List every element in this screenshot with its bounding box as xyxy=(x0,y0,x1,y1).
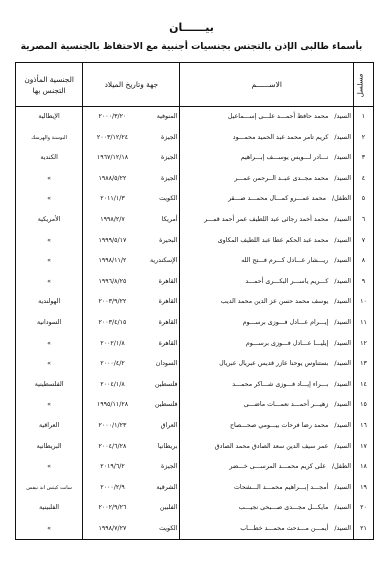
row-name: السيد/أمجـــد إبـــراهيم محمـــد الـــشح… xyxy=(180,478,353,499)
table-row: ٣السيد/نـــادر لـــويس يوســـف إبـــراهي… xyxy=(16,148,374,169)
row-honorific: السيد/ xyxy=(334,113,351,120)
row-serial: ١٤ xyxy=(353,375,373,396)
table-row: ١السيد/محمد حافظ أحمـــد علـــى إســـماع… xyxy=(16,107,374,128)
row-birth-date: ١٩٩٩/٥/١٧ xyxy=(87,231,137,252)
row-serial: ١٣ xyxy=(353,354,373,375)
table-row: ٢السيد/كريم تامر محمد عبد الحميد محمـــو… xyxy=(16,128,374,149)
row-serial: ١١ xyxy=(353,313,373,334)
row-honorific: السيد/ xyxy=(334,175,351,182)
row-birth-place: الجيزة xyxy=(137,148,177,169)
row-birth-date: ١٩٩٥/١١/٢٨ xyxy=(87,395,137,416)
row-birth-place: المنوفية xyxy=(137,107,177,128)
row-fullname: ريـــشار عـــادل كـــرم فـــتح الله xyxy=(241,257,328,264)
table-row: ٤السيد/محمد مجــدى عبــد الــرحمن عمـــر… xyxy=(16,169,374,190)
row-fullname: بـــراء إيـــاد فـــوزى شـــاكر محمـــد xyxy=(232,381,328,388)
row-fullname: يوسف محمد حسن عز الدين محمد الديب xyxy=(221,298,329,305)
row-fullname: أيمـــن مـــدحت محمـــد خطـــاب xyxy=(240,525,328,532)
row-nationality: » xyxy=(16,169,83,190)
row-birth-date: ١٩٦٧/١٢/١٨ xyxy=(87,148,137,169)
row-name: السيد/ريـــشار عـــادل كـــرم فـــتح الل… xyxy=(180,251,353,272)
row-birth: البحيرة١٩٩٩/٥/١٧ xyxy=(83,231,180,252)
header-nationality-line1: الجنسية المأذون xyxy=(16,74,82,85)
row-serial: ١٢ xyxy=(353,334,373,355)
row-birth-date: ٢٠٠٠/٢/٩ xyxy=(87,478,137,499)
row-fullname: أمجـــد إبـــراهيم محمـــد الـــشحات xyxy=(234,484,328,491)
row-birth-place: السودان xyxy=(137,354,177,375)
table-row: ٨السيد/ريـــشار عـــادل كـــرم فـــتح ال… xyxy=(16,251,374,272)
row-serial: ١٨ xyxy=(353,457,373,478)
document-subtitle: بأسماء طالبى الإذن بالتجنس بجنسيات أجنبي… xyxy=(0,41,383,52)
row-name: الطفل/محمد عمـــرو كمـــال محمـــد صـــق… xyxy=(180,189,353,210)
row-serial: ٢ xyxy=(353,128,373,149)
row-birth: الشرقية٢٠٠٠/٢/٩ xyxy=(83,478,180,499)
row-birth-date: ٢٠١٩/٦/٢ xyxy=(87,457,137,478)
row-nationality: الفلبينية xyxy=(16,498,83,519)
row-nationality: » xyxy=(16,334,83,355)
row-honorific: السيد/ xyxy=(334,216,351,223)
row-fullname: إيـــرام عـــادل فـــوزى برســـوم xyxy=(243,319,329,326)
row-nationality: العراقية xyxy=(16,416,83,437)
row-fullname: محمد عمـــرو كمـــال محمـــد صـــقر xyxy=(228,195,326,202)
row-name: السيد/كريم تامر محمد عبد الحميد محمـــود xyxy=(180,128,353,149)
header-nationality: الجنسية المأذون التجنس بها xyxy=(16,63,83,107)
table-row: ١٠السيد/يوسف محمد حسن عز الدين محمد الدي… xyxy=(16,292,374,313)
row-name: السيد/محمد عبد الحكم عطا عبد اللطيف المك… xyxy=(180,231,353,252)
row-honorific: السيد/ xyxy=(334,443,351,450)
row-birth-place: القاهرة xyxy=(137,292,177,313)
row-name: السيد/عمر سيف الدين سعد الصادق محمد الصا… xyxy=(180,437,353,458)
row-nationality: » xyxy=(16,519,83,540)
row-honorific: السيد/ xyxy=(334,360,351,367)
row-serial: ٢٠ xyxy=(353,498,373,519)
row-birth-place: العراق xyxy=(137,416,177,437)
row-name: السيد/زهيـــر أحمـــد نعمـــات ماضـــى xyxy=(180,395,353,416)
row-birth-date: ٢٠٠٤/٦/٢٨ xyxy=(87,437,137,458)
row-serial: ٧ xyxy=(353,231,373,252)
row-birth-place: القاهرة xyxy=(137,334,177,355)
row-birth-place: الإسكندرية xyxy=(137,251,177,272)
row-birth-date: ١٩٩٨/٧/٢٧ xyxy=(87,519,137,540)
table-row: ٢١السيد/أيمـــن مـــدحت محمـــد خطـــابا… xyxy=(16,519,374,540)
header-nationality-line2: التجنس بها xyxy=(16,85,82,96)
row-honorific: السيد/ xyxy=(334,401,351,408)
row-birth-place: الكويت xyxy=(137,189,177,210)
row-fullname: مايكـــل مجـــدى صـــبحى نجيـــب xyxy=(239,504,329,511)
row-nationality: الكندية xyxy=(16,148,83,169)
row-nationality: الهولندية xyxy=(16,292,83,313)
row-serial: ٤ xyxy=(353,169,373,190)
row-birth: القاهرة١٩٩٦/٨/٢٥ xyxy=(83,272,180,293)
row-fullname: محمد رضا فرحات بيـــومي صحـــصاح xyxy=(230,422,328,429)
row-birth-date: ١٩٩٨/١١/٢ xyxy=(87,251,137,272)
row-nationality: الأمريكية xyxy=(16,210,83,231)
row-birth-place: الجيزة xyxy=(137,457,177,478)
row-birth-date: ٢٠٠٤/١/٨ xyxy=(87,375,137,396)
row-birth-place: أمريكا xyxy=(137,210,177,231)
row-birth: فلسطين١٩٩٥/١١/٢٨ xyxy=(83,395,180,416)
row-name: السيد/محمد رضا فرحات بيـــومي صحـــصاح xyxy=(180,416,353,437)
row-serial: ١٥ xyxy=(353,395,373,416)
row-fullname: بستناوس يوحنا عازر قديس عبريال عبريال xyxy=(219,360,328,367)
row-birth-date: ٢٠٠٢/٩/٢٦ xyxy=(87,498,137,519)
table-row: ٩السيد/كـــريم ياســـر البكـــرى أحمـــد… xyxy=(16,272,374,293)
table-row: ١٦السيد/محمد رضا فرحات بيـــومي صحـــصاح… xyxy=(16,416,374,437)
table-row: ٦السيد/محمد أحمد رجائى عبد اللطيف عمر أح… xyxy=(16,210,374,231)
row-birth-date: ٢٠٠٣/٤/١٥ xyxy=(87,313,137,334)
row-fullname: على كريم محمـــد المرســـى خـــضر xyxy=(229,463,326,470)
row-birth-place: فلسطين xyxy=(137,395,177,416)
row-name: السيد/إيليـــا عـــادل فـــوزى برســـوم xyxy=(180,334,353,355)
row-birth: الكويت١٩٩٨/٧/٢٧ xyxy=(83,519,180,540)
row-nationality: سانت كيتس اند نيفس xyxy=(16,478,83,499)
row-name: السيد/محمد مجــدى عبــد الــرحمن عمـــر xyxy=(180,169,353,190)
row-nationality: البريطانية xyxy=(16,437,83,458)
row-honorific: السيد/ xyxy=(334,298,351,305)
row-serial: ٩ xyxy=(353,272,373,293)
row-nationality: الفلسطينية xyxy=(16,375,83,396)
row-honorific: الطفل/ xyxy=(332,195,351,202)
row-birth-date: ٢٠٠٠/٣/٢٠ xyxy=(87,107,137,128)
row-name: السيد/أيمـــن مـــدحت محمـــد خطـــاب xyxy=(180,519,353,540)
row-serial: ١٦ xyxy=(353,416,373,437)
row-birth: القاهرة٢٠٠٢/١/٨ xyxy=(83,334,180,355)
table-row: ١٩السيد/أمجـــد إبـــراهيم محمـــد الـــ… xyxy=(16,478,374,499)
row-birth-date: ١٩٩٨/٢/٧ xyxy=(87,210,137,231)
row-serial: ١٧ xyxy=(353,437,373,458)
row-birth: أمريكا١٩٩٨/٢/٧ xyxy=(83,210,180,231)
row-birth: فلسطين٢٠٠٤/١/٨ xyxy=(83,375,180,396)
row-birth-place: الكويت xyxy=(137,519,177,540)
row-fullname: كـــريم ياســـر البكـــرى أحمـــد xyxy=(245,278,328,285)
header-birth: جهة وتاريخ الميلاد xyxy=(83,63,180,107)
row-birth: بريطانيا٢٠٠٤/٦/٢٨ xyxy=(83,437,180,458)
row-nationality: » xyxy=(16,457,83,478)
table-row: ١٥السيد/زهيـــر أحمـــد نعمـــات ماضـــى… xyxy=(16,395,374,416)
row-birth-date: ٢٠٠٣/١٢/٢٤ xyxy=(87,128,137,149)
table-row: ١٨الطفل/على كريم محمـــد المرســـى خـــض… xyxy=(16,457,374,478)
table-row: ١٣السيد/بستناوس يوحنا عازر قديس عبريال ع… xyxy=(16,354,374,375)
row-birth-date: ٢٠٠٢/١/٨ xyxy=(87,334,137,355)
row-birth: السودان٢٠٠٠/٤/٢ xyxy=(83,354,180,375)
row-birth-place: القاهرة xyxy=(137,313,177,334)
table-row: ١١السيد/إيـــرام عـــادل فـــوزى برســـو… xyxy=(16,313,374,334)
row-serial: ٨ xyxy=(353,251,373,272)
row-birth-date: ٢٠٠٠/٤/٢ xyxy=(87,354,137,375)
document-title: بيــــــان xyxy=(0,21,383,34)
row-birth-date: ٢٠٠٣/٩/٢٢ xyxy=(87,292,137,313)
row-birth-place: الشرقية xyxy=(137,478,177,499)
applicants-table: مسلسل الاســــــم جهة وتاريخ الميلاد الج… xyxy=(15,62,374,540)
row-birth-date: ١٩٨٨/٥/٢٢ xyxy=(87,169,137,190)
row-birth: الجيزة١٩٦٧/١٢/١٨ xyxy=(83,148,180,169)
table-row: ٧السيد/محمد عبد الحكم عطا عبد اللطيف الم… xyxy=(16,231,374,252)
row-birth: الكويت٢٠١١/١/٣ xyxy=(83,189,180,210)
row-birth: العراق٢٠٠٠/١/٢٣ xyxy=(83,416,180,437)
row-honorific: السيد/ xyxy=(334,237,351,244)
row-fullname: نـــادر لـــويس يوســـف إبـــراهيم xyxy=(241,154,329,161)
table-row: ١٢السيد/إيليـــا عـــادل فـــوزى برســـو… xyxy=(16,334,374,355)
row-serial: ٦ xyxy=(353,210,373,231)
row-name: السيد/محمد أحمد رجائى عبد اللطيف عمر أحم… xyxy=(180,210,353,231)
row-fullname: محمد حافظ أحمـــد علـــى إســـماعيل xyxy=(228,113,328,120)
row-name: السيد/مايكـــل مجـــدى صـــبحى نجيـــب xyxy=(180,498,353,519)
header-serial: مسلسل xyxy=(353,63,373,107)
row-birth: الإسكندرية١٩٩٨/١١/٢ xyxy=(83,251,180,272)
row-name: السيد/يوسف محمد حسن عز الدين محمد الديب xyxy=(180,292,353,313)
row-honorific: السيد/ xyxy=(334,257,351,264)
row-honorific: السيد/ xyxy=(334,422,351,429)
row-honorific: السيد/ xyxy=(334,381,351,388)
table-header-row: مسلسل الاســــــم جهة وتاريخ الميلاد الج… xyxy=(16,63,374,107)
row-birth-place: الفلبين xyxy=(137,498,177,519)
row-honorific: السيد/ xyxy=(334,154,351,161)
row-nationality: » xyxy=(16,354,83,375)
row-birth: المنوفية٢٠٠٠/٣/٢٠ xyxy=(83,107,180,128)
row-honorific: السيد/ xyxy=(334,525,351,532)
row-birth: القاهرة٢٠٠٣/٤/١٥ xyxy=(83,313,180,334)
row-birth: القاهرة٢٠٠٣/٩/٢٢ xyxy=(83,292,180,313)
row-honorific: السيد/ xyxy=(334,134,351,141)
row-fullname: محمد أحمد رجائى عبد اللطيف عمر أحمد قمــ… xyxy=(204,216,328,223)
row-fullname: محمد عبد الحكم عطا عبد اللطيف المكاوى xyxy=(218,237,329,244)
row-honorific: السيد/ xyxy=(334,484,351,491)
row-name: السيد/نـــادر لـــويس يوســـف إبـــراهيم xyxy=(180,148,353,169)
row-birth-place: الجيزة xyxy=(137,128,177,149)
row-nationality: السودانية xyxy=(16,313,83,334)
row-serial: ١ xyxy=(353,107,373,128)
row-fullname: إيليـــا عـــادل فـــوزى برســـوم xyxy=(246,340,329,347)
row-honorific: الطفل/ xyxy=(332,463,351,470)
table-row: ١٤السيد/بـــراء إيـــاد فـــوزى شـــاكر … xyxy=(16,375,374,396)
row-name: السيد/بـــراء إيـــاد فـــوزى شـــاكر مح… xyxy=(180,375,353,396)
row-nationality: الإيطالية xyxy=(16,107,83,128)
row-name: السيد/إيـــرام عـــادل فـــوزى برســـوم xyxy=(180,313,353,334)
row-birth-date: ٢٠٠٠/١/٢٣ xyxy=(87,416,137,437)
row-serial: ١٠ xyxy=(353,292,373,313)
row-honorific: السيد/ xyxy=(334,504,351,511)
row-serial: ٥ xyxy=(353,189,373,210)
row-birth: الجيزة٢٠٠٣/١٢/٢٤ xyxy=(83,128,180,149)
row-name: الطفل/على كريم محمـــد المرســـى خـــضر xyxy=(180,457,353,478)
row-birth-place: البحيرة xyxy=(137,231,177,252)
row-birth-date: ٢٠١١/١/٣ xyxy=(87,189,137,210)
row-birth-place: الجيزة xyxy=(137,169,177,190)
row-serial: ٢١ xyxy=(353,519,373,540)
row-birth: الجيزة١٩٨٨/٥/٢٢ xyxy=(83,169,180,190)
table-row: ٥الطفل/محمد عمـــرو كمـــال محمـــد صـــ… xyxy=(16,189,374,210)
row-serial: ١٩ xyxy=(353,478,373,499)
header-name: الاســــــم xyxy=(180,63,353,107)
row-nationality: البوسنة والهرسك xyxy=(16,128,83,149)
row-serial: ٣ xyxy=(353,148,373,169)
row-name: السيد/بستناوس يوحنا عازر قديس عبريال عبر… xyxy=(180,354,353,375)
row-honorific: السيد/ xyxy=(334,340,351,347)
row-fullname: عمر سيف الدين سعد الصادق محمد الصادق xyxy=(215,443,329,450)
row-nationality: » xyxy=(16,251,83,272)
row-birth-place: القاهرة xyxy=(137,272,177,293)
row-fullname: محمد مجــدى عبــد الــرحمن عمـــر xyxy=(234,175,328,182)
table-row: ١٧السيد/عمر سيف الدين سعد الصادق محمد ال… xyxy=(16,437,374,458)
row-fullname: زهيـــر أحمـــد نعمـــات ماضـــى xyxy=(244,401,329,408)
row-birth-place: فلسطين xyxy=(137,375,177,396)
row-nationality: » xyxy=(16,395,83,416)
row-honorific: السيد/ xyxy=(334,319,351,326)
row-birth-place: بريطانيا xyxy=(137,437,177,458)
row-birth: الفلبين٢٠٠٢/٩/٢٦ xyxy=(83,498,180,519)
row-nationality: » xyxy=(16,272,83,293)
row-birth-date: ١٩٩٦/٨/٢٥ xyxy=(87,272,137,293)
row-fullname: كريم تامر محمد عبد الحميد محمـــود xyxy=(233,134,329,141)
table-row: ٢٠السيد/مايكـــل مجـــدى صـــبحى نجيـــب… xyxy=(16,498,374,519)
row-name: السيد/محمد حافظ أحمـــد علـــى إســـماعي… xyxy=(180,107,353,128)
row-honorific: السيد/ xyxy=(334,278,351,285)
row-nationality: » xyxy=(16,189,83,210)
row-name: السيد/كـــريم ياســـر البكـــرى أحمـــد xyxy=(180,272,353,293)
row-birth: الجيزة٢٠١٩/٦/٢ xyxy=(83,457,180,478)
row-nationality: » xyxy=(16,231,83,252)
